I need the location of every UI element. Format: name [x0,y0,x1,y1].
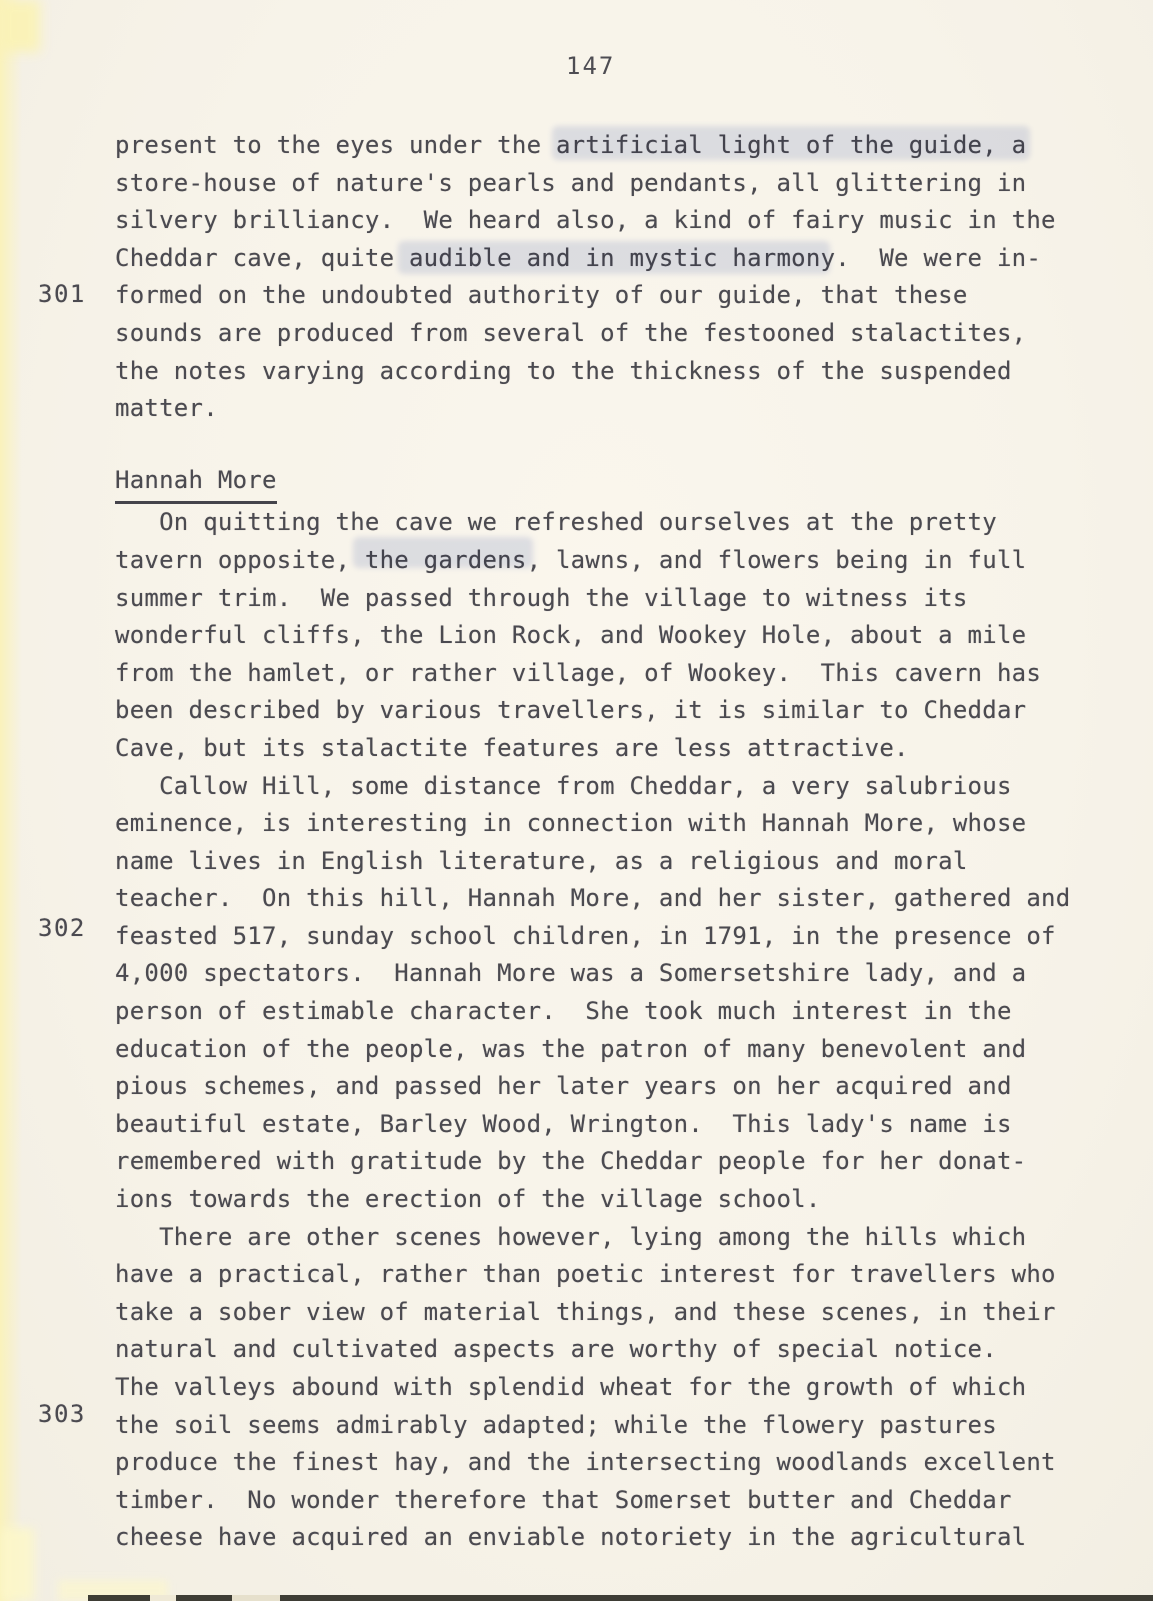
text-line: store-house of nature's pearls and penda… [115,165,1075,203]
page-top-left-corner-tint [0,0,40,52]
text-line: cheese have acquired an enviable notorie… [115,1519,1075,1557]
scanned-typescript-page: 147 301 302 303 present to the eyes unde… [0,0,1153,1601]
text-line: the notes varying according to the thick… [115,353,1075,391]
scan-bottom-edge-gap [232,1595,280,1601]
text-line: person of estimable character. She took … [115,993,1075,1031]
text-line: sounds are produced from several of the … [115,315,1075,353]
text-line: from the hamlet, or rather village, of W… [115,655,1075,693]
text-line: natural and cultivated aspects are worth… [115,1331,1075,1369]
text-line: been described by various travellers, it… [115,692,1075,730]
text-line: education of the people, was the patron … [115,1031,1075,1069]
text-line: tavern opposite, the gardens, lawns, and… [115,542,1075,580]
text-line: silvery brilliancy. We heard also, a kin… [115,202,1075,240]
paragraph: There are other scenes however, lying am… [115,1219,1075,1557]
margin-paragraph-ref-303: 303 [38,1400,86,1428]
paragraph: Callow Hill, some distance from Cheddar,… [115,768,1075,1219]
text-line: There are other scenes however, lying am… [115,1219,1075,1257]
paragraph: On quitting the cave we refreshed oursel… [115,504,1075,767]
text-line: beautiful estate, Barley Wood, Wrington.… [115,1106,1075,1144]
text-line: the soil seems admirably adapted; while … [115,1407,1075,1445]
section-heading: Hannah More [115,462,1075,505]
text-line: take a sober view of material things, an… [115,1294,1075,1332]
text-line: formed on the undoubted authority of our… [115,277,1075,315]
scan-bottom-edge-gap [150,1595,176,1601]
text-line: produce the finest hay, and the intersec… [115,1444,1075,1482]
text-line: teacher. On this hill, Hannah More, and … [115,880,1075,918]
text-line: Callow Hill, some distance from Cheddar,… [115,768,1075,806]
text-line: ions towards the erection of the village… [115,1181,1075,1219]
text-line: matter. [115,390,1075,428]
text-line: remembered with gratitude by the Cheddar… [115,1143,1075,1181]
page-bottom-left-corner-tint [0,1528,34,1601]
paragraph-continuation: present to the eyes under the artificial… [115,127,1075,428]
text-column: present to the eyes under the artificial… [115,127,1075,1557]
text-line: The valleys abound with splendid wheat f… [115,1369,1075,1407]
margin-paragraph-ref-302: 302 [38,914,86,942]
text-line: On quitting the cave we refreshed oursel… [115,504,1075,542]
text-line: pious schemes, and passed her later year… [115,1068,1075,1106]
text-line: summer trim. We passed through the villa… [115,580,1075,618]
margin-paragraph-ref-301: 301 [38,280,86,308]
text-line: name lives in English literature, as a r… [115,843,1075,881]
text-line: timber. No wonder therefore that Somerse… [115,1482,1075,1520]
text-line: wonderful cliffs, the Lion Rock, and Woo… [115,617,1075,655]
text-line: present to the eyes under the artificial… [115,127,1075,165]
text-line: eminence, is interesting in connection w… [115,805,1075,843]
text-line: feasted 517, sunday school children, in … [115,918,1075,956]
section-heading-text: Hannah More [115,462,277,505]
text-line: 4,000 spectators. Hannah More was a Some… [115,955,1075,993]
text-line: Cheddar cave, quite audible and in mysti… [115,240,1075,278]
page-left-edge-tint [0,0,22,1601]
text-line: Cave, but its stalactite features are le… [115,730,1075,768]
page-number: 147 [566,52,615,80]
text-line: have a practical, rather than poetic int… [115,1256,1075,1294]
